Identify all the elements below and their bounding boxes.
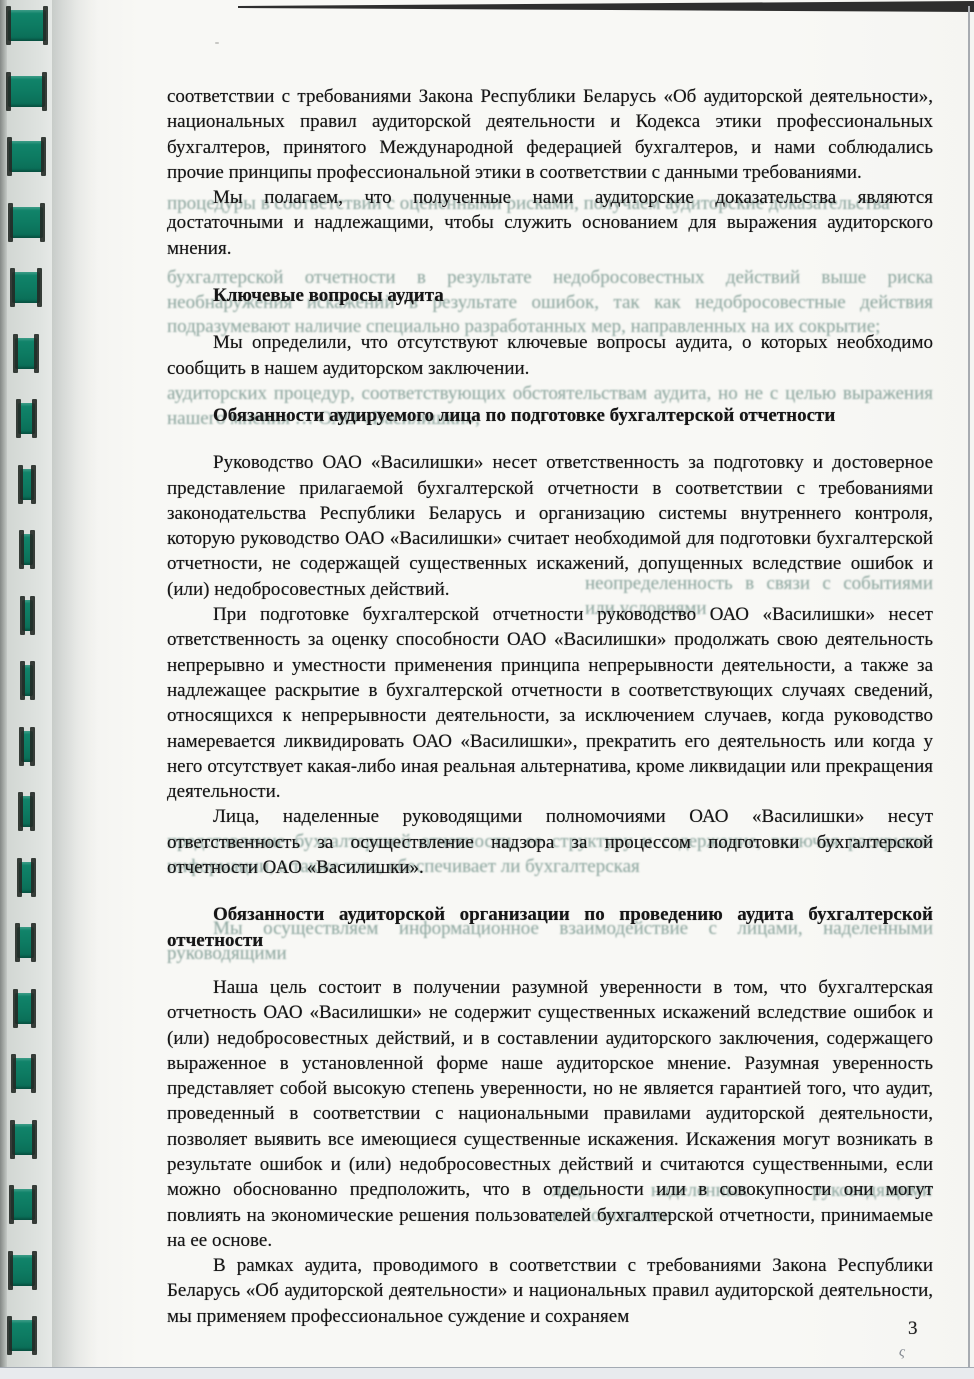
dust-speck [215, 42, 219, 44]
page-number: 3 [908, 1318, 918, 1340]
document-text: соответствии с требованиями Закона Респу… [167, 84, 933, 1329]
scan-bottom-edge-artifact [0, 1367, 974, 1379]
paragraph: Руководство ОАО «Василишки» несет ответс… [167, 450, 933, 602]
scanned-page: процедуры в соответствии с оцененными ри… [0, 0, 974, 1379]
binding-tooth [12, 272, 40, 303]
binding-tooth [17, 927, 34, 958]
binding-tooth [20, 796, 33, 827]
binding-tooth [20, 469, 34, 500]
binding-tooth [9, 1320, 35, 1351]
binding-tooth [13, 1058, 34, 1089]
section-heading-management-responsibilities: Обязанности аудируемого лица по подготов… [167, 403, 933, 428]
scan-top-edge-artifact [0, 0, 974, 16]
binding-tooth [18, 403, 35, 434]
binding-tooth [11, 1189, 35, 1220]
binding-tooth [10, 1255, 35, 1286]
paragraph-continuation: соответствии с требованиями Закона Респу… [167, 84, 933, 185]
paragraph: Мы определили, что отсутствуют ключевые … [167, 330, 933, 381]
binding-tooth [21, 731, 33, 762]
binding-tooth [22, 600, 33, 631]
section-heading-key-audit-matters: Ключевые вопросы аудита [167, 283, 933, 308]
binding-tooth [19, 862, 34, 893]
scan-left-edge [0, 0, 7, 1379]
binding-tooth [21, 534, 33, 565]
binding-tooth [9, 141, 44, 172]
binding-tooth [8, 76, 45, 107]
paragraph: Лица, наделенные руководящими полномочия… [167, 804, 933, 880]
binding-tooth [10, 207, 43, 238]
paragraph: В рамках аудита, проводимого в соответст… [167, 1253, 933, 1329]
binding-tooth [22, 665, 33, 696]
paragraph: Наша цель состоит в получении разумной у… [167, 975, 933, 1253]
pen-mark: ς [897, 1344, 906, 1362]
section-heading-auditor-responsibilities: Обязанности аудиторской организации по п… [167, 902, 933, 953]
paragraph: Мы полагаем, что полученные нами аудитор… [167, 185, 933, 261]
page-curl-shadow [52, 0, 98, 1379]
scan-right-edge-artifact [968, 6, 970, 1368]
binding-tooth [15, 338, 37, 369]
binding-tooth [15, 993, 34, 1024]
binding-tooth [12, 1124, 35, 1155]
paragraph: При подготовке бухгалтерской отчетности … [167, 602, 933, 804]
